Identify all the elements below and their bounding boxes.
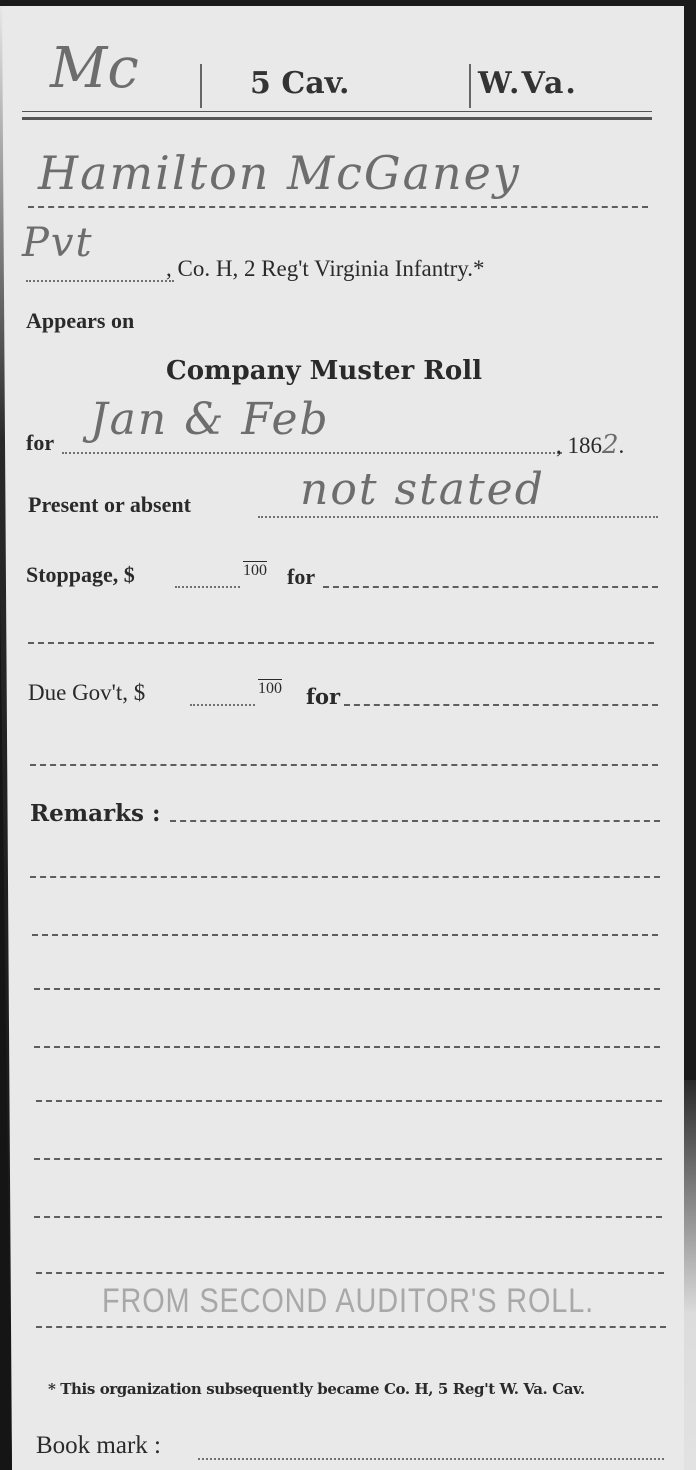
name-line: [28, 206, 648, 208]
year-period: .: [619, 433, 625, 458]
state-heading: W.Va.: [478, 66, 578, 101]
remarks-label: Remarks :: [30, 800, 161, 827]
muster-card: Mc 5 Cav. W.Va. Hamilton McGaney Pvt , C…: [0, 6, 684, 1470]
stoppage-for-label: for: [287, 564, 315, 590]
remarks-line-5: [34, 1046, 660, 1048]
due-for-label: for: [306, 684, 340, 709]
unit-heading: 5 Cav.: [250, 66, 350, 101]
present-absent-label: Present or absent: [28, 492, 191, 518]
remarks-line-3: [32, 934, 658, 936]
bookmark-line: [198, 1458, 664, 1460]
stoppage-label: Stoppage, $: [26, 562, 135, 588]
remarks-line-2: [30, 876, 660, 878]
surname-initial: Mc: [50, 36, 139, 101]
year-suffix: 2: [602, 430, 619, 460]
stoppage-amount-line: [175, 586, 240, 588]
header-rule-top: [22, 111, 652, 112]
due-for-line: [344, 704, 658, 706]
appears-on-label: Appears on: [26, 308, 134, 334]
roll-type: Company Muster Roll: [166, 356, 482, 386]
unit-line: , Co. H, 2 Reg't Virginia Infantry.*: [166, 256, 485, 282]
stamp-underline: [36, 1326, 666, 1328]
due-govt-label: Due Gov't, $: [28, 680, 145, 706]
rank-value: Pvt: [22, 220, 94, 266]
header-divider-2: [469, 64, 471, 108]
period-value: Jan & Feb: [90, 394, 330, 445]
remarks-line-8: [34, 1216, 662, 1218]
remarks-line-9: [36, 1272, 664, 1274]
remarks-line-1: [170, 820, 660, 822]
bookmark-label: Book mark :: [36, 1432, 161, 1460]
present-absent-value: not stated: [300, 464, 545, 515]
year-label: , 1862.: [556, 430, 624, 460]
due-cents: 100: [258, 680, 282, 698]
stoppage-cents: 100: [243, 562, 267, 580]
rank-line: [26, 280, 174, 282]
for-label: for: [26, 430, 54, 456]
auditor-roll-stamp: FROM SECOND AUDITOR'S ROLL.: [102, 1282, 594, 1321]
remarks-line-7: [34, 1158, 662, 1160]
due-extra-line: [30, 764, 658, 766]
due-amount-line: [190, 704, 255, 706]
remarks-line-6: [36, 1100, 662, 1102]
header-divider-1: [200, 64, 202, 108]
card-edge-right: [684, 1080, 696, 1470]
year-prefix: , 186: [556, 433, 602, 458]
stoppage-extra-line: [28, 642, 654, 644]
present-absent-line: [258, 516, 658, 518]
period-line: [62, 452, 562, 454]
header-rule-bottom: [22, 117, 652, 120]
soldier-name: Hamilton McGaney: [38, 146, 521, 200]
remarks-line-4: [34, 988, 660, 990]
footnote: * This organization subsequently became …: [48, 1380, 585, 1398]
stoppage-for-line: [323, 586, 658, 588]
